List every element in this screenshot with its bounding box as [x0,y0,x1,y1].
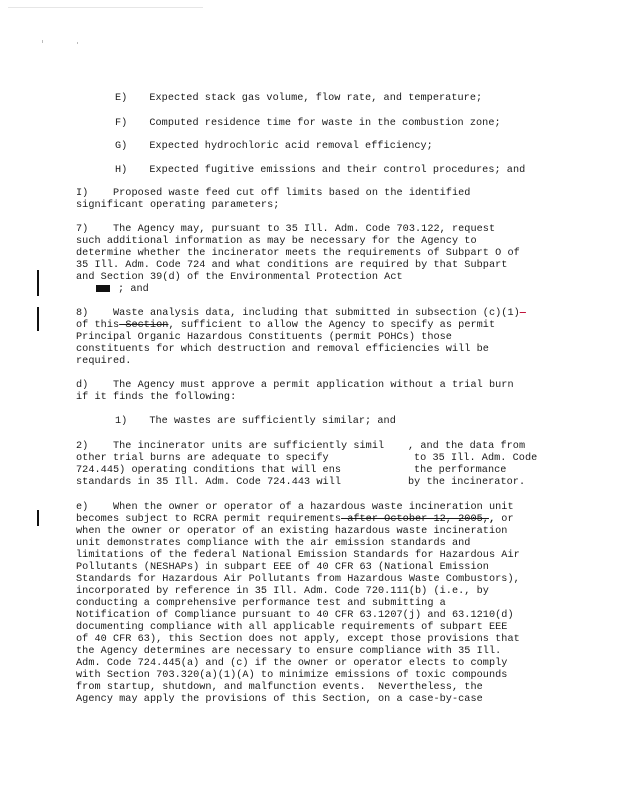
item-i-line1: I) Proposed waste feed cut off limits ba… [76,188,470,200]
para-7-line6-text: ; and [118,284,149,295]
list-text: Computed residence time for waste in the… [149,118,500,129]
para-d-line2: if it finds the following: [76,392,236,404]
para-e-line6: Pollutants (NESHAPs) in subpart EEE of 4… [76,562,489,574]
deleted-text: Section [119,320,168,331]
list-label: 1) [115,416,127,427]
para-d2-line2a: other trial burns are adequate to specif… [76,453,329,465]
para-e-line3: when the owner or operator of an existin… [76,526,507,538]
para-e-line13: the Agency determines are necessary to e… [76,646,501,658]
para-7-line1: 7) The Agency may, pursuant to 35 Ill. A… [76,224,495,236]
para-e-line4: unit demonstrates compliance with the ai… [76,538,470,550]
para-e-line17: Agency may apply the provisions of this … [76,694,483,706]
para-e-line10: Notification of Compliance pursuant to 4… [76,610,514,622]
para-d2-line1a: 2) The incinerator units are sufficientl… [76,441,384,453]
list-text: Expected stack gas volume, flow rate, an… [149,93,482,104]
change-bar [37,270,39,296]
insertion-mark: — [520,308,526,319]
deleted-text: after October 12, 2005, [341,514,489,525]
change-bar [37,307,39,331]
para-e-line2-post: or [495,514,514,525]
list-item-g: G)Expected hydrochloric acid removal eff… [115,141,433,153]
para-8-line5: required. [76,356,131,368]
para-d2-line3b: the performance [414,465,506,477]
para-8-line4: constituents for which destruction and r… [76,344,489,356]
para-e-line15: with Section 703.320(a)(1)(A) to minimiz… [76,670,507,682]
para-e-line8: incorporated by reference in 35 Ill. Adm… [76,586,489,598]
list-label: E) [115,93,127,104]
item-i-line2: significant operating parameters; [76,200,279,212]
scan-speck [42,40,43,43]
para-d1: 1)The wastes are sufficiently similar; a… [115,416,396,428]
para-e-line2-pre: becomes subject to RCRA permit requireme… [76,514,341,525]
para-8-line3: Principal Organic Hazardous Constituents… [76,332,452,344]
para-e-line7: Standards for Hazardous Air Pollutants f… [76,574,520,586]
para-8-line1-text: 8) Waste analysis data, including that s… [76,308,520,319]
list-text: Expected fugitive emissions and their co… [149,165,525,176]
para-e-line14: Adm. Code 724.445(a) and (c) if the owne… [76,658,507,670]
para-e-line11: documenting compliance with all applicab… [76,622,507,634]
para-8-line1: 8) Waste analysis data, including that s… [76,308,526,320]
para-d2-line4a: standards in 35 Ill. Adm. Code 724.443 w… [76,477,341,489]
para-7-line3: determine whether the incinerator meets … [76,248,520,260]
para-7-line2: such additional information as may be ne… [76,236,477,248]
para-e-line1: e) When the owner or operator of a hazar… [76,502,514,514]
para-e-line12: of 40 CFR 63), this Section does not app… [76,634,520,646]
para-d2-line2b: to 35 Ill. Adm. Code [414,453,537,465]
redaction-mark [96,285,110,292]
para-e-line5: limitations of the federal National Emis… [76,550,520,562]
list-item-f: F)Computed residence time for waste in t… [115,118,501,130]
list-label: H) [115,165,127,176]
change-bar [37,510,39,526]
para-8-line2-post: , sufficient to allow the Agency to spec… [168,320,495,331]
list-text: The wastes are sufficiently similar; and [149,416,396,427]
para-7-line4: 35 Ill. Adm. Code 724 and what condition… [76,260,507,272]
para-e-line9: conducting a comprehensive performance t… [76,598,446,610]
list-text: Expected hydrochloric acid removal effic… [149,141,433,152]
para-e-line16: from startup, shutdown, and malfunction … [76,682,483,694]
para-8-line2-pre: of this [76,320,119,331]
para-d2-line1b: , and the data from [408,441,525,453]
para-d-line1: d) The Agency must approve a permit appl… [76,380,514,392]
para-8-line2: of this Section, sufficient to allow the… [76,320,495,332]
list-label: G) [115,141,127,152]
list-item-h: H)Expected fugitive emissions and their … [115,165,525,177]
list-item-e: E)Expected stack gas volume, flow rate, … [115,93,482,105]
para-7-line6: ; and [96,284,149,296]
list-label: F) [115,118,127,129]
scan-speck [77,42,78,44]
para-7-line5: and Section 39(d) of the Environmental P… [76,272,403,284]
para-d2-line4b: by the incinerator. [408,477,525,489]
para-d2-line3a: 724.445) operating conditions that will … [76,465,341,477]
scan-edge-line [8,7,203,8]
para-e-line2: becomes subject to RCRA permit requireme… [76,514,514,526]
